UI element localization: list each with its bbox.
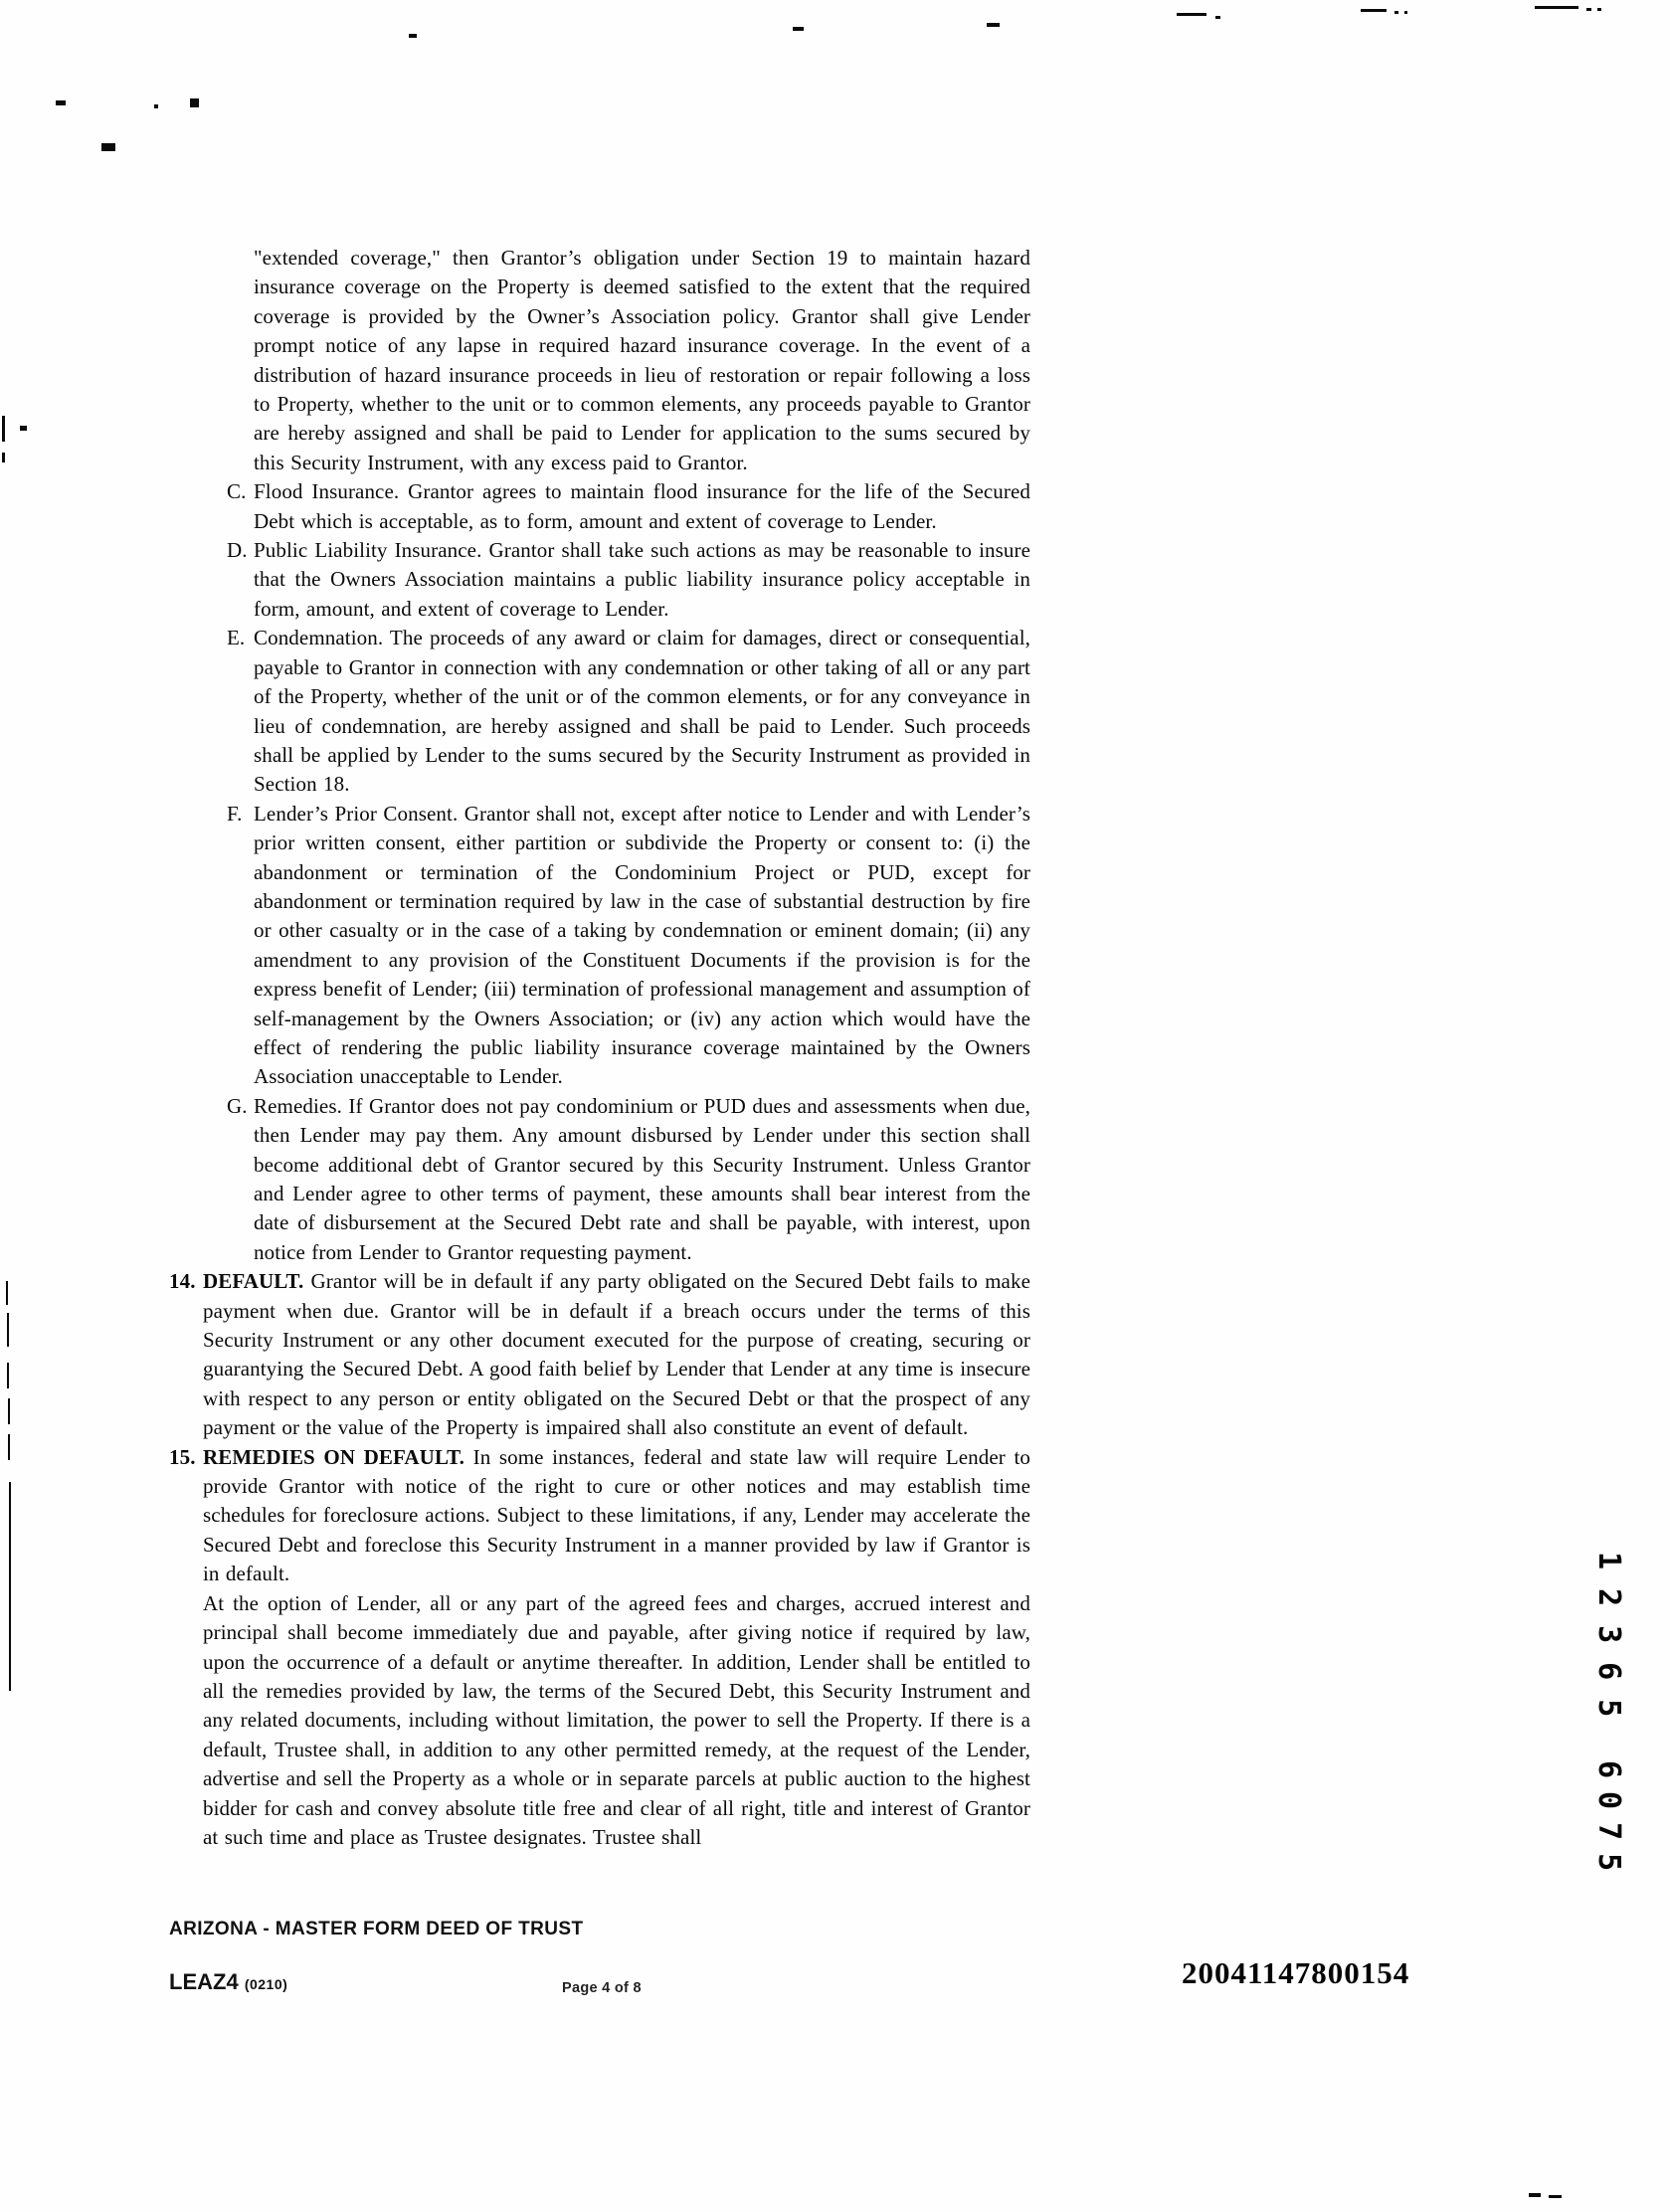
scanned-document-page: "extended coverage," then Grantor’s obli… (0, 0, 1670, 2212)
footer-form-code: LEAZ4 (0210) (169, 1969, 287, 1995)
item-text: Lender’s Prior Consent. Grantor shall no… (254, 802, 1030, 1089)
document-body: "extended coverage," then Grantor’s obli… (169, 244, 1030, 1852)
scan-dash (1535, 6, 1578, 9)
scan-speck (190, 98, 199, 107)
scan-dash (1361, 9, 1387, 12)
scan-speck (56, 100, 66, 105)
section-continuation-text: At the option of Lender, all or any part… (203, 1591, 1030, 1849)
sideways-margin-stamp-bottom: 6075 (1591, 1760, 1625, 1884)
section-15-continuation-paragraph: At the option of Lender, all or any part… (169, 1589, 1030, 1853)
form-code-suffix: (0210) (245, 1976, 287, 1992)
section-15-remedies-on-default: 15. REMEDIES ON DEFAULT. In some instanc… (169, 1443, 1030, 1589)
item-text: Remedies. If Grantor does not pay condom… (254, 1094, 1030, 1264)
scan-speck (20, 426, 27, 431)
scan-speck (987, 23, 1000, 27)
scan-speck (1394, 11, 1398, 14)
scan-mark (2, 416, 5, 442)
scan-margin-line (7, 1363, 9, 1388)
form-code-label: LEAZ4 (169, 1969, 239, 1994)
item-text: Condemnation. The proceeds of any award … (254, 626, 1030, 796)
item-letter: D. (227, 536, 248, 565)
scan-speck (101, 143, 115, 151)
scan-margin-line (7, 1313, 9, 1347)
scan-margin-line (8, 1434, 10, 1460)
scan-speck (1404, 11, 1407, 14)
scan-speck (1586, 8, 1591, 11)
item-letter: C. (227, 477, 246, 506)
scan-dash (1177, 13, 1206, 16)
item-letter: E. (227, 624, 245, 652)
item-letter: G. (227, 1092, 248, 1121)
item-text: Flood Insurance. Grantor agrees to maint… (254, 479, 1030, 532)
section-14-default: 14. DEFAULT. Grantor will be in default … (169, 1267, 1030, 1442)
scan-speck (1529, 2193, 1541, 2197)
recording-number: 20041147800154 (1182, 1955, 1409, 1991)
scan-margin-line (9, 1482, 11, 1691)
footer-form-title: ARIZONA - MASTER FORM DEED OF TRUST (169, 1919, 584, 1940)
scan-speck (793, 27, 804, 31)
section-number: 14. (169, 1267, 196, 1296)
scan-speck (1549, 2195, 1562, 2198)
scan-speck (1597, 8, 1601, 11)
item-text: Public Liability Insurance. Grantor shal… (254, 538, 1030, 621)
item-e-condemnation: E. Condemnation. The proceeds of any awa… (169, 624, 1030, 799)
footer-page-indicator: Page 4 of 8 (562, 1980, 642, 1996)
section-heading: REMEDIES ON DEFAULT. (203, 1445, 464, 1469)
item-c-flood-insurance: C. Flood Insurance. Grantor agrees to ma… (169, 477, 1030, 536)
scan-margin-line (6, 1281, 8, 1305)
scan-speck (2, 453, 5, 462)
intro-paragraph: "extended coverage," then Grantor’s obli… (169, 244, 1030, 477)
sideways-margin-stamp-top: 12365 (1591, 1552, 1625, 1736)
scan-margin-line (8, 1398, 10, 1424)
scan-speck (154, 104, 158, 108)
item-d-public-liability-insurance: D. Public Liability Insurance. Grantor s… (169, 536, 1030, 624)
item-f-lenders-prior-consent: F. Lender’s Prior Consent. Grantor shall… (169, 800, 1030, 1092)
item-g-remedies: G. Remedies. If Grantor does not pay con… (169, 1092, 1030, 1267)
scan-speck (409, 34, 417, 38)
section-number: 15. (169, 1443, 196, 1472)
scan-speck (1215, 16, 1220, 19)
item-letter: F. (227, 800, 242, 829)
intro-paragraph-text: "extended coverage," then Grantor’s obli… (254, 246, 1030, 474)
section-heading: DEFAULT. (203, 1269, 303, 1293)
section-text: Grantor will be in default if any party … (203, 1269, 1030, 1439)
